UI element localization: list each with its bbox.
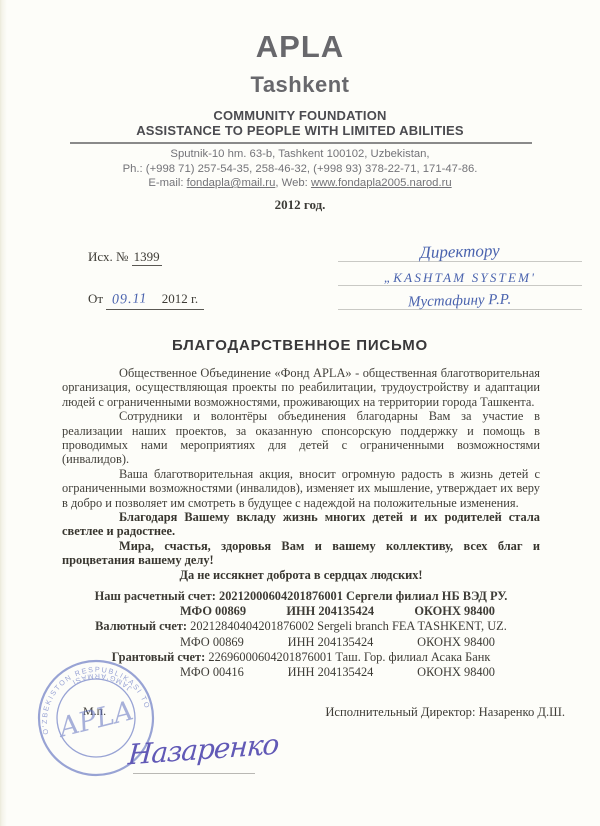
addressee-role: Директору (420, 242, 500, 262)
email-link: fondapla@mail.ru (187, 177, 276, 189)
date-handwritten: 09.11 (112, 291, 148, 308)
address-line: Sputnik-10 hm. 63-b, Tashkent 100102, Uz… (0, 147, 600, 162)
org-subtitle-2: ASSISTANCE TO PEOPLE WITH LIMITED ABILIT… (0, 123, 600, 138)
bank-details: Наш расчетный счет: 20212000604201876001… (62, 589, 540, 680)
email-label: E-mail: (148, 177, 183, 189)
wish-paragraph: Благодаря Вашему вкладу жизнь многих дет… (62, 510, 540, 539)
paragraph: Общественное Объединение «Фонд APLA» - о… (62, 366, 540, 409)
bank-account-value: 22696000604201876001 Таш. Гор. филиал Ас… (208, 650, 490, 664)
addressee-block: Директору „KASHTAM SYSTEM' Мустафину Р.Р… (338, 238, 582, 310)
date-label: От (88, 291, 103, 306)
closing-line: Да не иссякнет доброта в сердцах людских… (62, 568, 540, 582)
bank-okonh: ОКОНХ 98400 (414, 604, 495, 619)
bank-inn: ИНН 204135424 (288, 635, 374, 650)
addressee-person: Мустафину Р.Р. (408, 292, 512, 311)
letterhead-divider (70, 142, 532, 144)
bank-mfo: МФО 00416 (180, 665, 244, 680)
year-line: 2012 год. (0, 197, 600, 213)
web-link: www.fondapla2005.narod.ru (311, 177, 452, 189)
addressee-line-3: Мустафину Р.Р. (338, 286, 582, 310)
seal-place-label: М.п. (83, 704, 106, 719)
org-city: Tashkent (0, 70, 600, 100)
bank-account-value: 20212840404201876002 Sergeli branch FEA … (190, 619, 507, 633)
addressee-line-2: „KASHTAM SYSTEM' (338, 262, 582, 286)
bank-codes-row: МФО 00416 ИНН 204135424 ОКОНХ 98400 (62, 665, 540, 680)
bank-inn: ИНН 204135424 (288, 665, 374, 680)
handwritten-signature: Назаренко (127, 728, 280, 772)
signature-underline (133, 773, 255, 774)
letter-body: Общественное Объединение «Фонд APLA» - о… (62, 366, 540, 582)
bank-okonh: ОКОНХ 98400 (417, 635, 495, 650)
bank-okonh: ОКОНХ 98400 (417, 665, 495, 680)
date-line: 09.112012 г. (106, 291, 204, 310)
bank-account-label: Валютный счет: (95, 619, 187, 633)
bank-account-value: 20212000604201876001 Сергели филиал НБ В… (219, 589, 507, 603)
outgoing-number: 1399 (132, 249, 162, 266)
phone-line: Ph.: (+998 71) 257-54-35, 258-46-32, (+9… (0, 162, 600, 177)
org-acronym: APLA (0, 30, 600, 64)
outgoing-label: Исх. № (88, 249, 128, 264)
bank-account-label: Грантовый счет: (112, 650, 206, 664)
separator: , (275, 177, 278, 189)
bank-codes-row: МФО 00869 ИНН 204135424 ОКОНХ 98400 (62, 635, 540, 650)
bank-row: Грантовый счет: 22696000604201876001 Таш… (62, 650, 540, 665)
paragraph: Сотрудники и волонтёры объединения благо… (62, 409, 540, 467)
addressee-company: „KASHTAM SYSTEM' (384, 270, 536, 285)
wish-paragraph: Мира, счастья, здоровья Вам и вашему кол… (62, 539, 540, 568)
date-row: От 09.112012 г. (88, 291, 204, 310)
letter-title: БЛАГОДАРСТВЕННОЕ ПИСЬМО (0, 337, 600, 354)
scanned-letter-page: APLA Tashkent COMMUNITY FOUNDATION ASSIS… (0, 0, 600, 826)
outgoing-number-row: Исх. № 1399 (88, 249, 162, 265)
web-label: Web: (282, 177, 308, 189)
date-year: 2012 г. (162, 291, 198, 306)
paragraph: Ваша благотворительная акция, вносит огр… (62, 467, 540, 510)
bank-mfo: МФО 00869 (180, 604, 246, 619)
bank-codes-row: МФО 00869 ИНН 204135424 ОКОНХ 98400 (62, 604, 540, 619)
contact-block: Sputnik-10 hm. 63-b, Tashkent 100102, Uz… (0, 147, 600, 191)
email-web-line: E-mail: fondapla@mail.ru, Web: www.fonda… (0, 176, 600, 191)
bank-row: Валютный счет: 20212840404201876002 Serg… (62, 619, 540, 634)
bank-row: Наш расчетный счет: 20212000604201876001… (62, 589, 540, 604)
bank-mfo: МФО 00869 (180, 635, 244, 650)
bank-inn: ИНН 204135424 (286, 604, 374, 619)
org-subtitle-1: COMMUNITY FOUNDATION (0, 108, 600, 123)
letterhead: APLA Tashkent COMMUNITY FOUNDATION ASSIS… (0, 30, 600, 138)
addressee-line-1: Директору (338, 238, 582, 262)
bank-account-label: Наш расчетный счет: (95, 589, 216, 603)
